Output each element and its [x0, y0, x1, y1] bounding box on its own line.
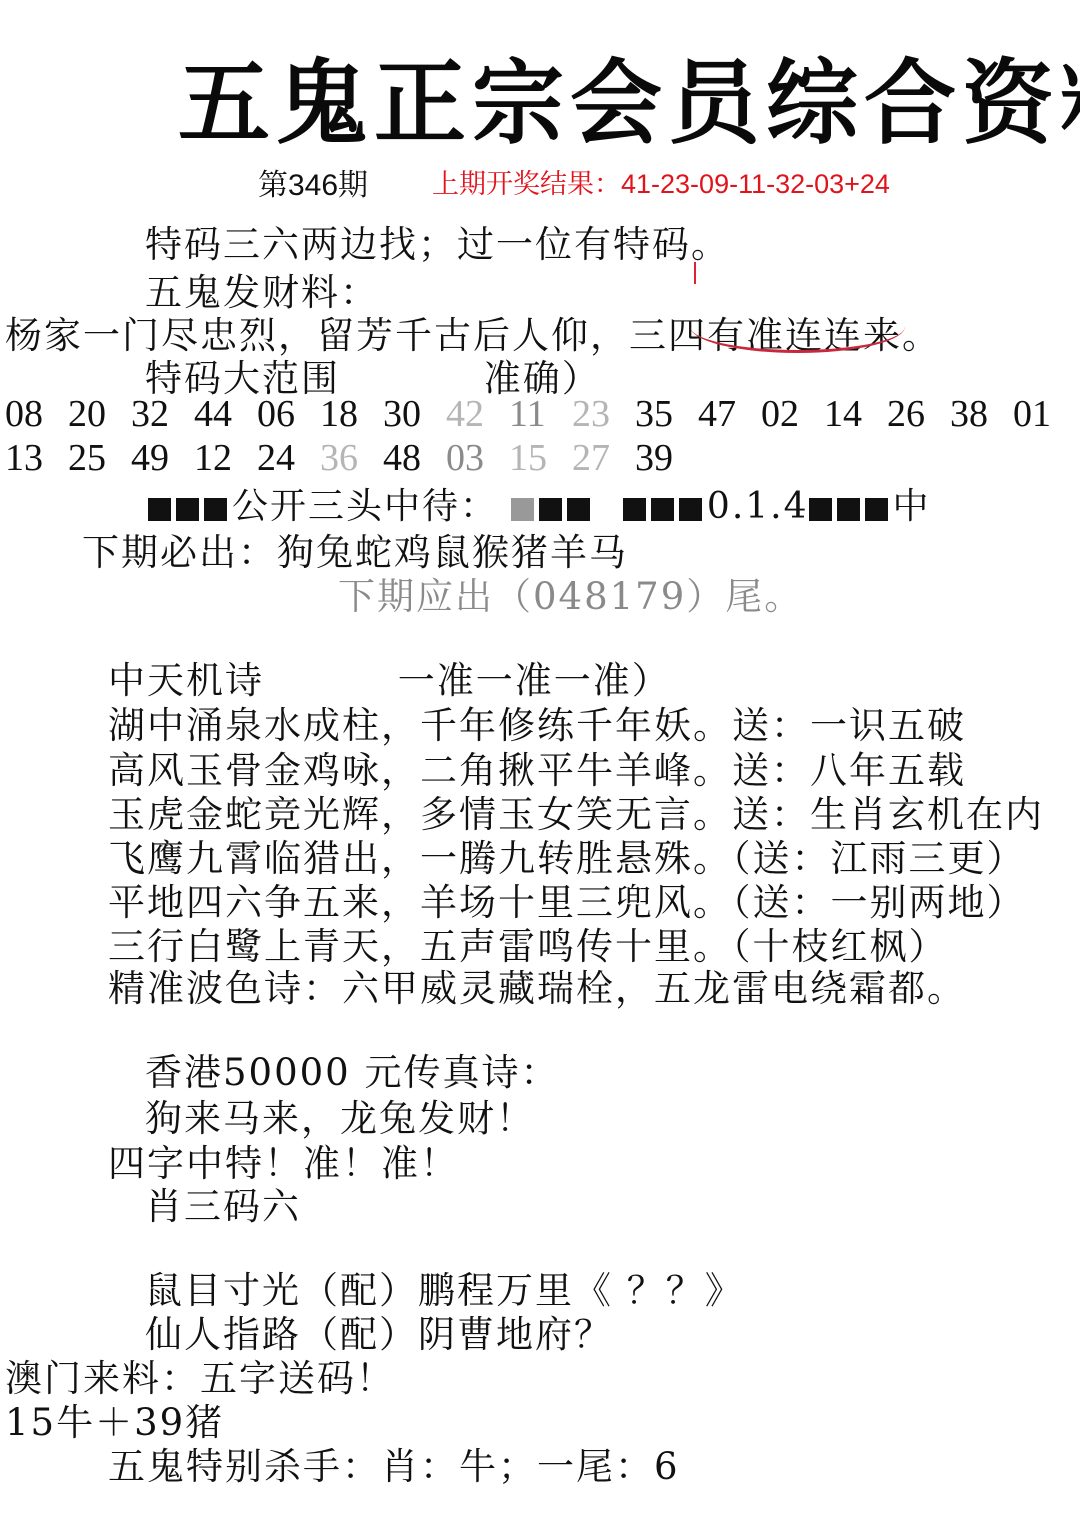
redacted-block [204, 498, 227, 521]
redacted-block [148, 498, 171, 521]
number: 25 [68, 436, 131, 480]
last-result-value: 41-23-09-11-32-03+24 [621, 169, 890, 199]
redacted-block [567, 498, 590, 521]
number: 48 [383, 436, 446, 480]
number: 26 [887, 392, 950, 436]
number: 27 [572, 436, 635, 480]
number: 01 [1013, 392, 1076, 436]
poem-line: 精准波色诗：六甲威灵藏瑞栓，五龙雷电绕霜都。 [108, 958, 966, 1012]
hk-line: 肖三码六 [145, 1176, 301, 1230]
redacted-block [809, 498, 832, 521]
number: 24 [257, 436, 320, 480]
number: 12 [194, 436, 257, 480]
redacted-block [651, 498, 674, 521]
number: 32 [131, 392, 194, 436]
number: 08 [5, 392, 68, 436]
redacted-block [679, 498, 702, 521]
next-tail-line: 下期应出（048179）尾。 [338, 566, 803, 620]
redacted-block [865, 498, 888, 521]
number-row-2: 1325491224364803152739 [5, 436, 698, 480]
number-row-1: 0820324406183042112335470214263801 [5, 392, 1076, 436]
number: 36 [320, 436, 383, 480]
last-result-label: 上期开奖结果： [432, 169, 621, 199]
number: 13 [5, 436, 68, 480]
red-mark [694, 262, 696, 284]
redacted-block [837, 498, 860, 521]
number: 23 [572, 392, 635, 436]
number: 03 [446, 436, 509, 480]
redacted-block [623, 498, 646, 521]
number: 39 [635, 436, 698, 480]
redacted-block [511, 498, 534, 521]
hint-end: 中 [893, 486, 931, 527]
number: 15 [509, 436, 572, 480]
redacted-block [539, 498, 562, 521]
number: 44 [194, 392, 257, 436]
page-title: 五鬼正宗会员综合资料 [178, 30, 1080, 162]
hint-text: 公开三头中待： [232, 486, 498, 527]
number: 30 [383, 392, 446, 436]
killer-line: 五鬼特别杀手：肖：牛；一尾：6 [108, 1436, 680, 1490]
number: 35 [635, 392, 698, 436]
last-result: 上期开奖结果：41-23-09-11-32-03+24 [432, 162, 890, 201]
number: 02 [761, 392, 824, 436]
number: 38 [950, 392, 1013, 436]
number: 14 [824, 392, 887, 436]
number: 06 [257, 392, 320, 436]
number: 47 [698, 392, 761, 436]
issue-number: 第346期 [258, 160, 368, 204]
number: 42 [446, 392, 509, 436]
number: 49 [131, 436, 194, 480]
redacted-block [176, 498, 199, 521]
number: 11 [509, 392, 572, 436]
number: 18 [320, 392, 383, 436]
text-line: 特码三六两边找；过一位有特码。 [145, 214, 730, 268]
number: 20 [68, 392, 131, 436]
hint-digits: 0.1.4 [707, 486, 809, 527]
red-strike-arc [690, 300, 905, 353]
